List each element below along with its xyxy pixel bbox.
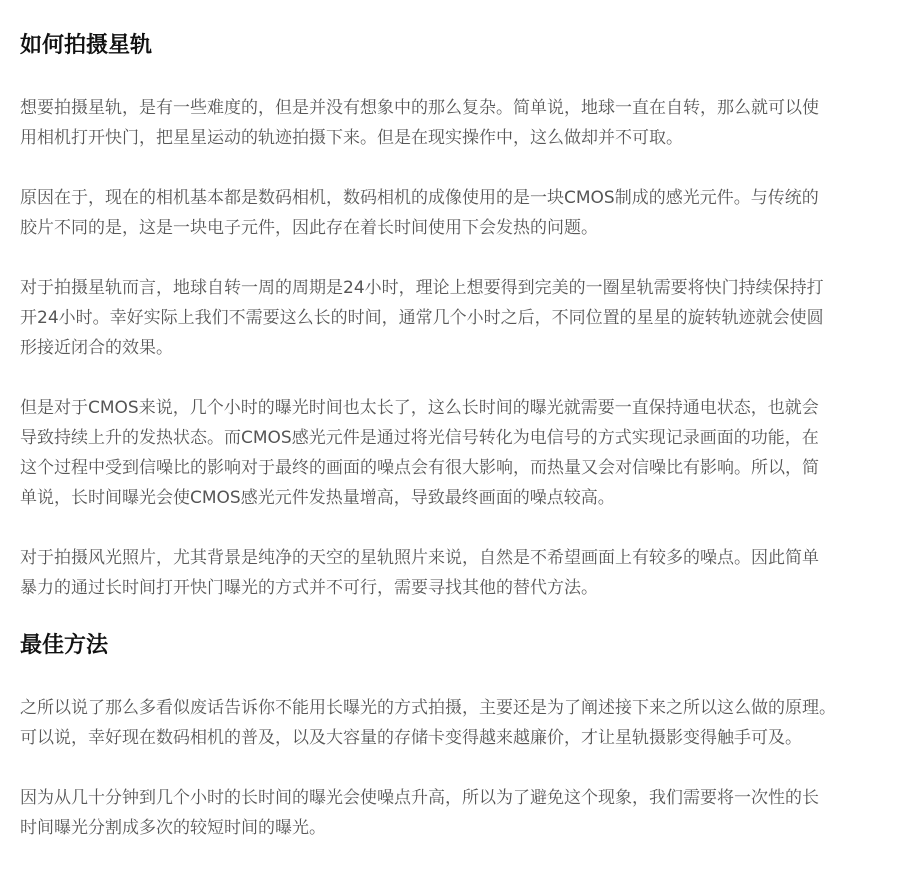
paragraph-line: 对于拍摄风光照片，尤其背景是纯净的天空的星轨照片来说，自然是不希望画面上有较多的… [20, 543, 880, 573]
paragraph-line: 胶片不同的是，这是一块电子元件，因此存在着长时间使用下会发热的问题。 [20, 213, 880, 243]
paragraph-line: 暴力的通过长时间打开快门曝光的方式并不可行，需要寻找其他的替代方法。 [20, 573, 880, 603]
paragraph-line: 因为从几十分钟到几个小时的长时间的曝光会使噪点升高，所以为了避免这个现象，我们需… [20, 783, 880, 813]
paragraph-intro: 想要拍摄星轨，是有一些难度的，但是并没有想象中的那么复杂。简单说，地球一直在自转… [20, 93, 880, 153]
paragraph-line: 之所以说了那么多看似废话告诉你不能用长曝光的方式拍摄，主要还是为了阐述接下来之所… [20, 693, 880, 723]
paragraph-line: 导致持续上升的发热状态。而CMOS感光元件是通过将光信号转化为电信号的方式实现记… [20, 423, 880, 453]
paragraph-line: 时间曝光分割成多次的较短时间的曝光。 [20, 813, 880, 843]
section-heading-best-method: 最佳方法 [20, 631, 108, 661]
section-heading-how-to-shoot-star-trails: 如何拍摄星轨 [20, 31, 152, 61]
paragraph-split-exposure: 因为从几十分钟到几个小时的长时间的曝光会使噪点升高，所以为了避免这个现象，我们需… [20, 783, 880, 843]
paragraph-line: 可以说，幸好现在数码相机的普及，以及大容量的存储卡变得越来越廉价，才让星轨摄影变… [20, 723, 880, 753]
paragraph-line: 用相机打开快门，把星星运动的轨迹拍摄下来。但是在现实操作中，这么做却并不可取。 [20, 123, 880, 153]
paragraph-principle: 之所以说了那么多看似废话告诉你不能用长曝光的方式拍摄，主要还是为了阐述接下来之所… [20, 693, 880, 753]
paragraph-line: 这个过程中受到信噪比的影响对于最终的画面的噪点会有很大影响，而热量又会对信噪比有… [20, 453, 880, 483]
paragraph-line: 单说，长时间曝光会使CMOS感光元件发热量增高，导致最终画面的噪点较高。 [20, 483, 880, 513]
paragraph-earth-rotation: 对于拍摄星轨而言，地球自转一周的周期是24小时，理论上想要得到完美的一圈星轨需要… [20, 273, 880, 363]
paragraph-landscape-noise: 对于拍摄风光照片，尤其背景是纯净的天空的星轨照片来说，自然是不希望画面上有较多的… [20, 543, 880, 603]
paragraph-line: 原因在于，现在的相机基本都是数码相机，数码相机的成像使用的是一块CMOS制成的感… [20, 183, 880, 213]
paragraph-line: 对于拍摄星轨而言，地球自转一周的周期是24小时，理论上想要得到完美的一圈星轨需要… [20, 273, 880, 303]
paragraph-reason: 原因在于，现在的相机基本都是数码相机，数码相机的成像使用的是一块CMOS制成的感… [20, 183, 880, 243]
paragraph-cmos-heat: 但是对于CMOS来说，几个小时的曝光时间也太长了，这么长时间的曝光就需要一直保持… [20, 393, 880, 513]
paragraph-line: 形接近闭合的效果。 [20, 333, 880, 363]
paragraph-line: 开24小时。幸好实际上我们不需要这么长的时间，通常几个小时之后，不同位置的星星的… [20, 303, 880, 333]
paragraph-line: 想要拍摄星轨，是有一些难度的，但是并没有想象中的那么复杂。简单说，地球一直在自转… [20, 93, 880, 123]
paragraph-line: 但是对于CMOS来说，几个小时的曝光时间也太长了，这么长时间的曝光就需要一直保持… [20, 393, 880, 423]
